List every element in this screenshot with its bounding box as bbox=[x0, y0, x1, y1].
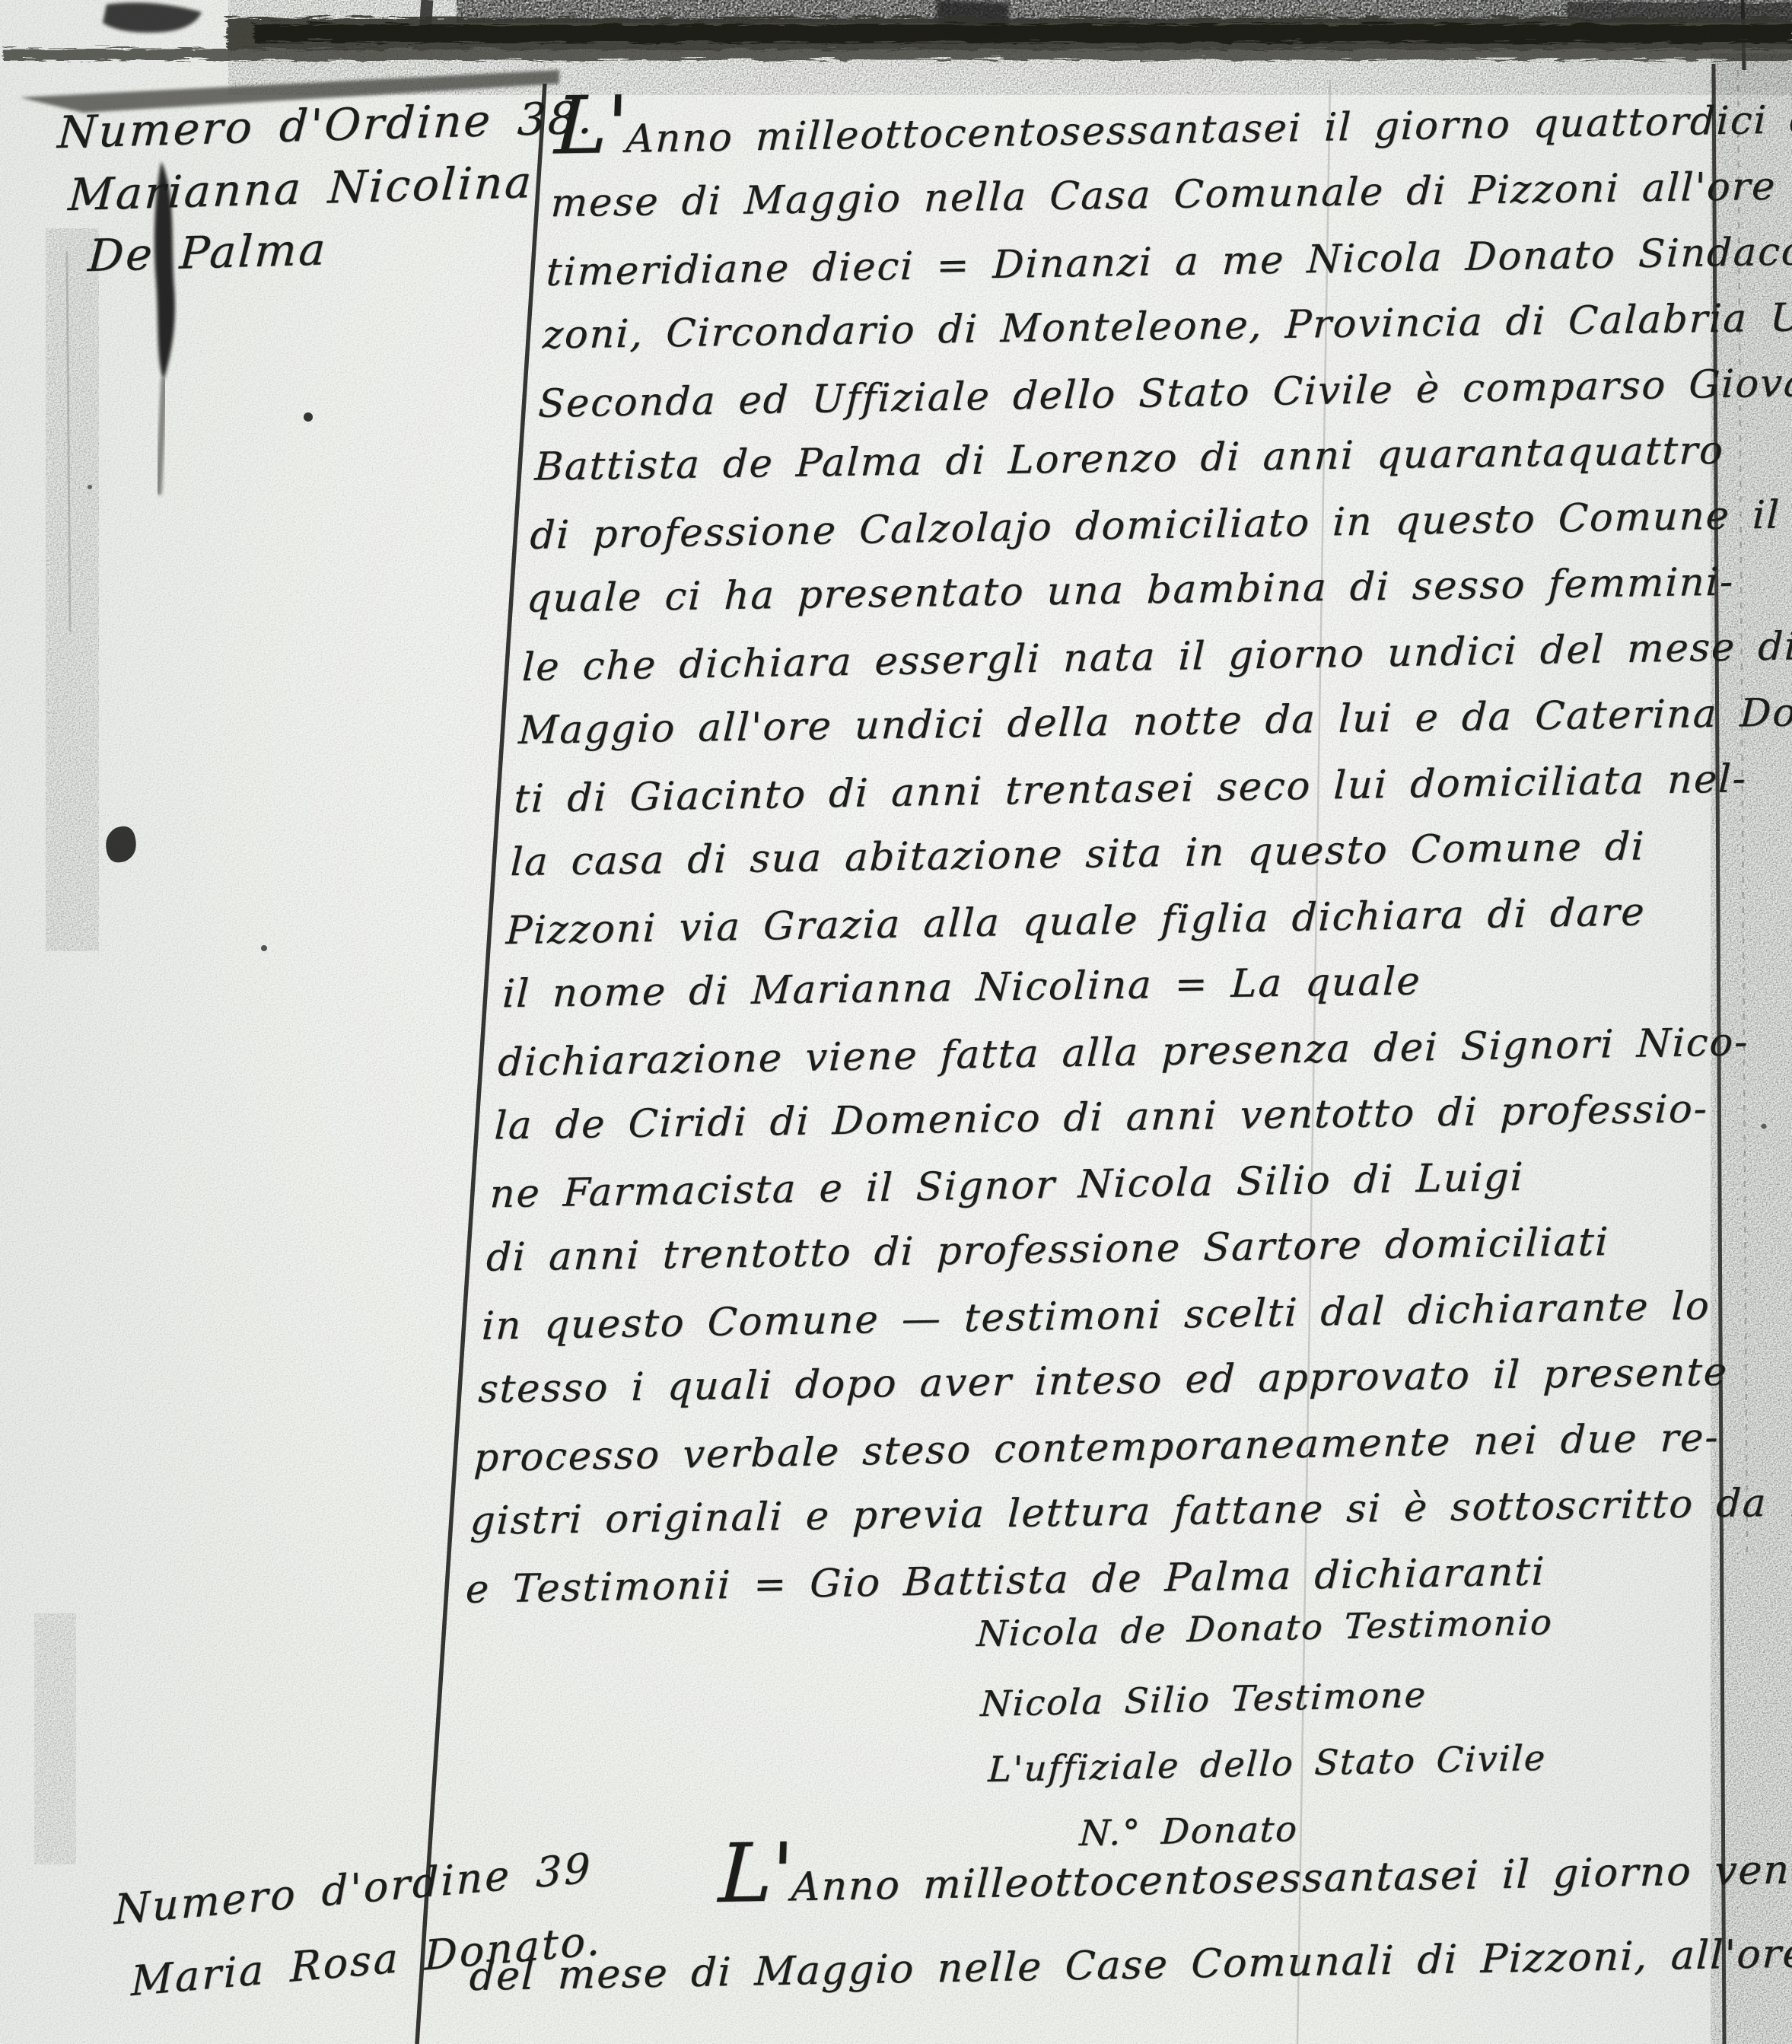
record-38-line: in questo Comune — testimoni scelti dal … bbox=[481, 1278, 1711, 1355]
margin-grain bbox=[34, 1613, 76, 1864]
record-38-line: stesso i quali dopo aver inteso ed appro… bbox=[477, 1344, 1729, 1418]
record-39-line: L'Anno milleottocentosessantasei il gior… bbox=[718, 1847, 1792, 1912]
record-38-line: Pizzoni via Grazia alla quale figlia dic… bbox=[505, 884, 1647, 960]
record-38-line: Battista de Palma di Lorenzo di anni qua… bbox=[533, 422, 1725, 495]
record-38-line: la de Ciridi di Domenico di anni ventott… bbox=[493, 1081, 1709, 1154]
toner-smudge bbox=[419, 0, 434, 31]
top-toner-band-core bbox=[251, 22, 1792, 40]
record-38-line: di professione Calzolajo domiciliato in … bbox=[529, 488, 1781, 565]
ink-speck bbox=[88, 485, 92, 489]
record-38-line: timeridiane dieci = Dinanzi a me Nicola … bbox=[545, 221, 1792, 301]
ink-streak bbox=[158, 379, 164, 495]
record-38-line: il nome di Marianna Nicolina = La quale bbox=[501, 954, 1421, 1023]
record-38-line: ti di Giacinto di anni trentasei seco lu… bbox=[513, 751, 1748, 828]
top-toner-band bbox=[224, 15, 1792, 47]
toner-smudge bbox=[103, 3, 202, 33]
margin-scratch bbox=[67, 251, 70, 632]
toner-fuzz-top-strip bbox=[228, 0, 1792, 95]
record-38-line: Maggio all'ore undici della notte da lui… bbox=[517, 684, 1792, 759]
record-38-line: L'Anno milleottocentosessantasei il gior… bbox=[553, 91, 1792, 169]
scanned-civil-record-page: { "colors": { "paper": "#edf0ec", "ink":… bbox=[0, 0, 1792, 2044]
toner-fuzz-top bbox=[457, 0, 1792, 23]
record-38-line: zoni, Circondario di Monteleone, Provinc… bbox=[541, 288, 1792, 364]
ink-speck bbox=[304, 412, 313, 422]
ink-speck bbox=[106, 826, 136, 863]
toner-smudge bbox=[936, 0, 1009, 40]
official-signature: N.° Donato bbox=[1078, 1808, 1299, 1854]
record-38-line: Seconda ed Uffiziale dello Stato Civile … bbox=[537, 355, 1792, 433]
record-38-line: di anni trentotto di professione Sartore… bbox=[485, 1214, 1609, 1286]
record-38-line: la casa di sua abitazione sita in questo… bbox=[509, 819, 1646, 891]
record-38-line: quale ci ha presentato una bambina di se… bbox=[525, 554, 1735, 627]
toner-smudge bbox=[1743, 0, 1744, 70]
margin-name-line-2: De Palma bbox=[87, 223, 329, 282]
record-38-line: processo verbale steso contemporaneament… bbox=[473, 1410, 1720, 1487]
record-38-line: gistri originali e previa lettura fattan… bbox=[469, 1474, 1792, 1549]
toner-smudge bbox=[1564, 0, 1792, 18]
record-38-line: mese di Maggio nella Casa Comunale di Pi… bbox=[549, 158, 1792, 232]
witness-signature: Nicola Silio Testimone bbox=[979, 1674, 1428, 1724]
official-title-line: L'uffiziale dello Stato Civile bbox=[987, 1737, 1547, 1790]
record-38-line: ne Farmacista e il Signor Nicola Silio d… bbox=[489, 1150, 1525, 1224]
record-38-line: dichiarazione viene fatta alla presenza … bbox=[497, 1014, 1750, 1091]
record-38-line: le che dichiara essergli nata il giorno … bbox=[521, 619, 1792, 696]
margin-grain bbox=[46, 228, 99, 951]
record-38-text: L'Anno milleottocentosessantasei il gior… bbox=[457, 93, 1771, 1656]
record-39-line: del mese di Maggio nelle Case Comunali d… bbox=[469, 1931, 1792, 2000]
top-rule-lower bbox=[0, 46, 1792, 58]
margin-order-number-39: Numero d'ordine 39 bbox=[114, 1844, 592, 1934]
ink-speck bbox=[261, 945, 267, 951]
